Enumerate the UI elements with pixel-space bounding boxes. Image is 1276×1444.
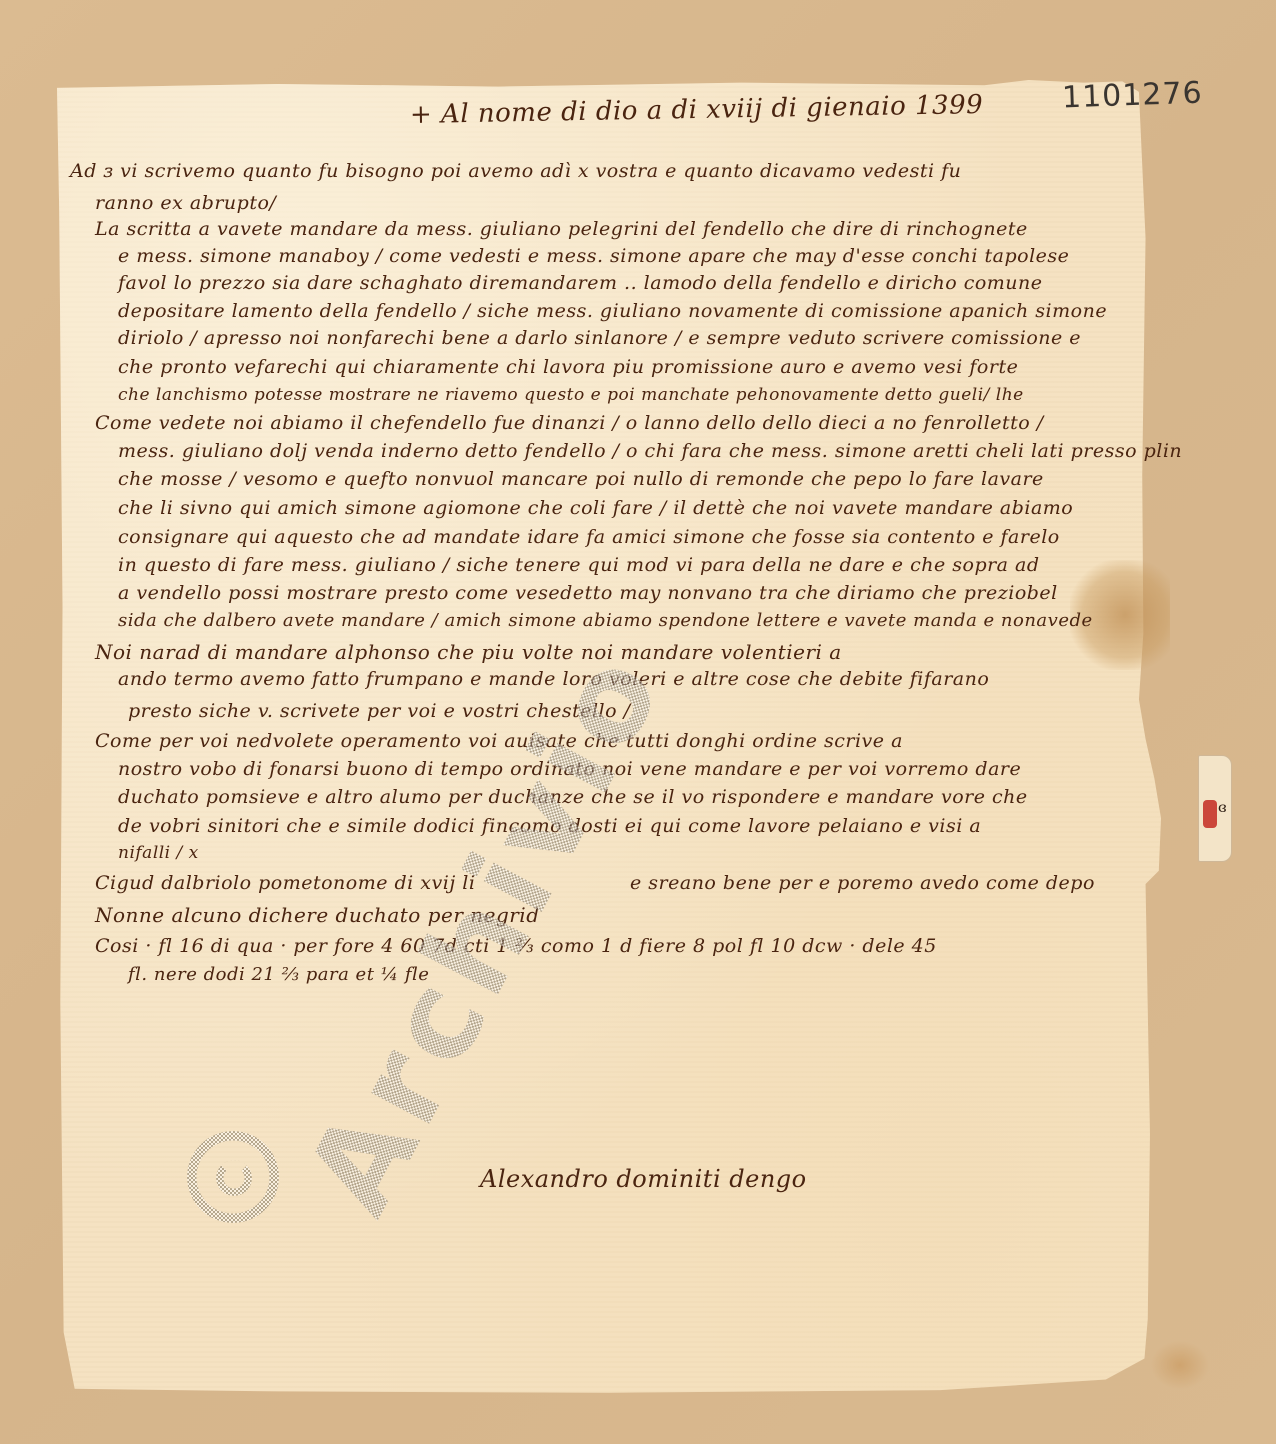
manuscript-line: Cigud dalbriolo pometonome di xvij li bbox=[95, 872, 475, 894]
manuscript-line: che pronto vefarechi qui chiaramente chi… bbox=[118, 356, 1018, 378]
manuscript-line: Ad ɜ vi scrivemo quanto fu bisogno poi a… bbox=[70, 160, 961, 182]
manuscript-line: Come vedete noi abiamo il chefendello fu… bbox=[95, 412, 1044, 434]
manuscript-line: e sreano bene per e poremo avedo come de… bbox=[630, 872, 1095, 894]
manuscript-line: consignare qui aquesto che ad mandate id… bbox=[118, 526, 1060, 548]
manuscript-line: sida che dalbero avete mandare / amich s… bbox=[118, 610, 1093, 631]
manuscript-line: ranno ex abrupto/ bbox=[95, 192, 276, 214]
manuscript-line: La scritta a vavete mandare da mess. giu… bbox=[95, 218, 1028, 240]
manuscript-line: mess. giuliano dolj venda inderno detto … bbox=[118, 440, 1182, 462]
manuscript-line: e mess. simone manaboy / come vedesti e … bbox=[118, 245, 1069, 267]
manuscript-line: Noi narad di mandare alphonso che piu vo… bbox=[95, 640, 842, 664]
manuscript-line: in questo di fare mess. giuliano / siche… bbox=[118, 554, 1040, 576]
manuscript-line: nifalli / x bbox=[118, 843, 199, 863]
manuscript-line: a vendello possi mostrare presto come ve… bbox=[118, 582, 1058, 604]
manuscript-line: che mosse / vesomo e quefto nonvuol manc… bbox=[118, 468, 1044, 490]
manuscript-line: diriolo / apresso noi nonfarechi bene a … bbox=[118, 327, 1081, 349]
red-wax-seal bbox=[1203, 800, 1217, 828]
corner-stain bbox=[1150, 1340, 1210, 1390]
manuscript-line: che lanchismo potesse mostrare ne riavem… bbox=[118, 385, 1024, 405]
copyright-c-glyph bbox=[216, 1160, 252, 1196]
manuscript-line: favol lo prezzo sia dare schaghato direm… bbox=[118, 272, 1043, 294]
seal-mark-icon: ɞ bbox=[1218, 800, 1227, 816]
signature: Alexandro dominiti dengo bbox=[480, 1165, 807, 1193]
manuscript-line: Come per voi nedvolete operamento voi au… bbox=[95, 730, 903, 752]
catalog-number: 1101276 bbox=[1061, 76, 1203, 116]
manuscript-line: che li sivno qui amich simone agiomone c… bbox=[118, 497, 1073, 519]
manuscript-line: depositare lamento della fendello / sich… bbox=[118, 300, 1107, 322]
